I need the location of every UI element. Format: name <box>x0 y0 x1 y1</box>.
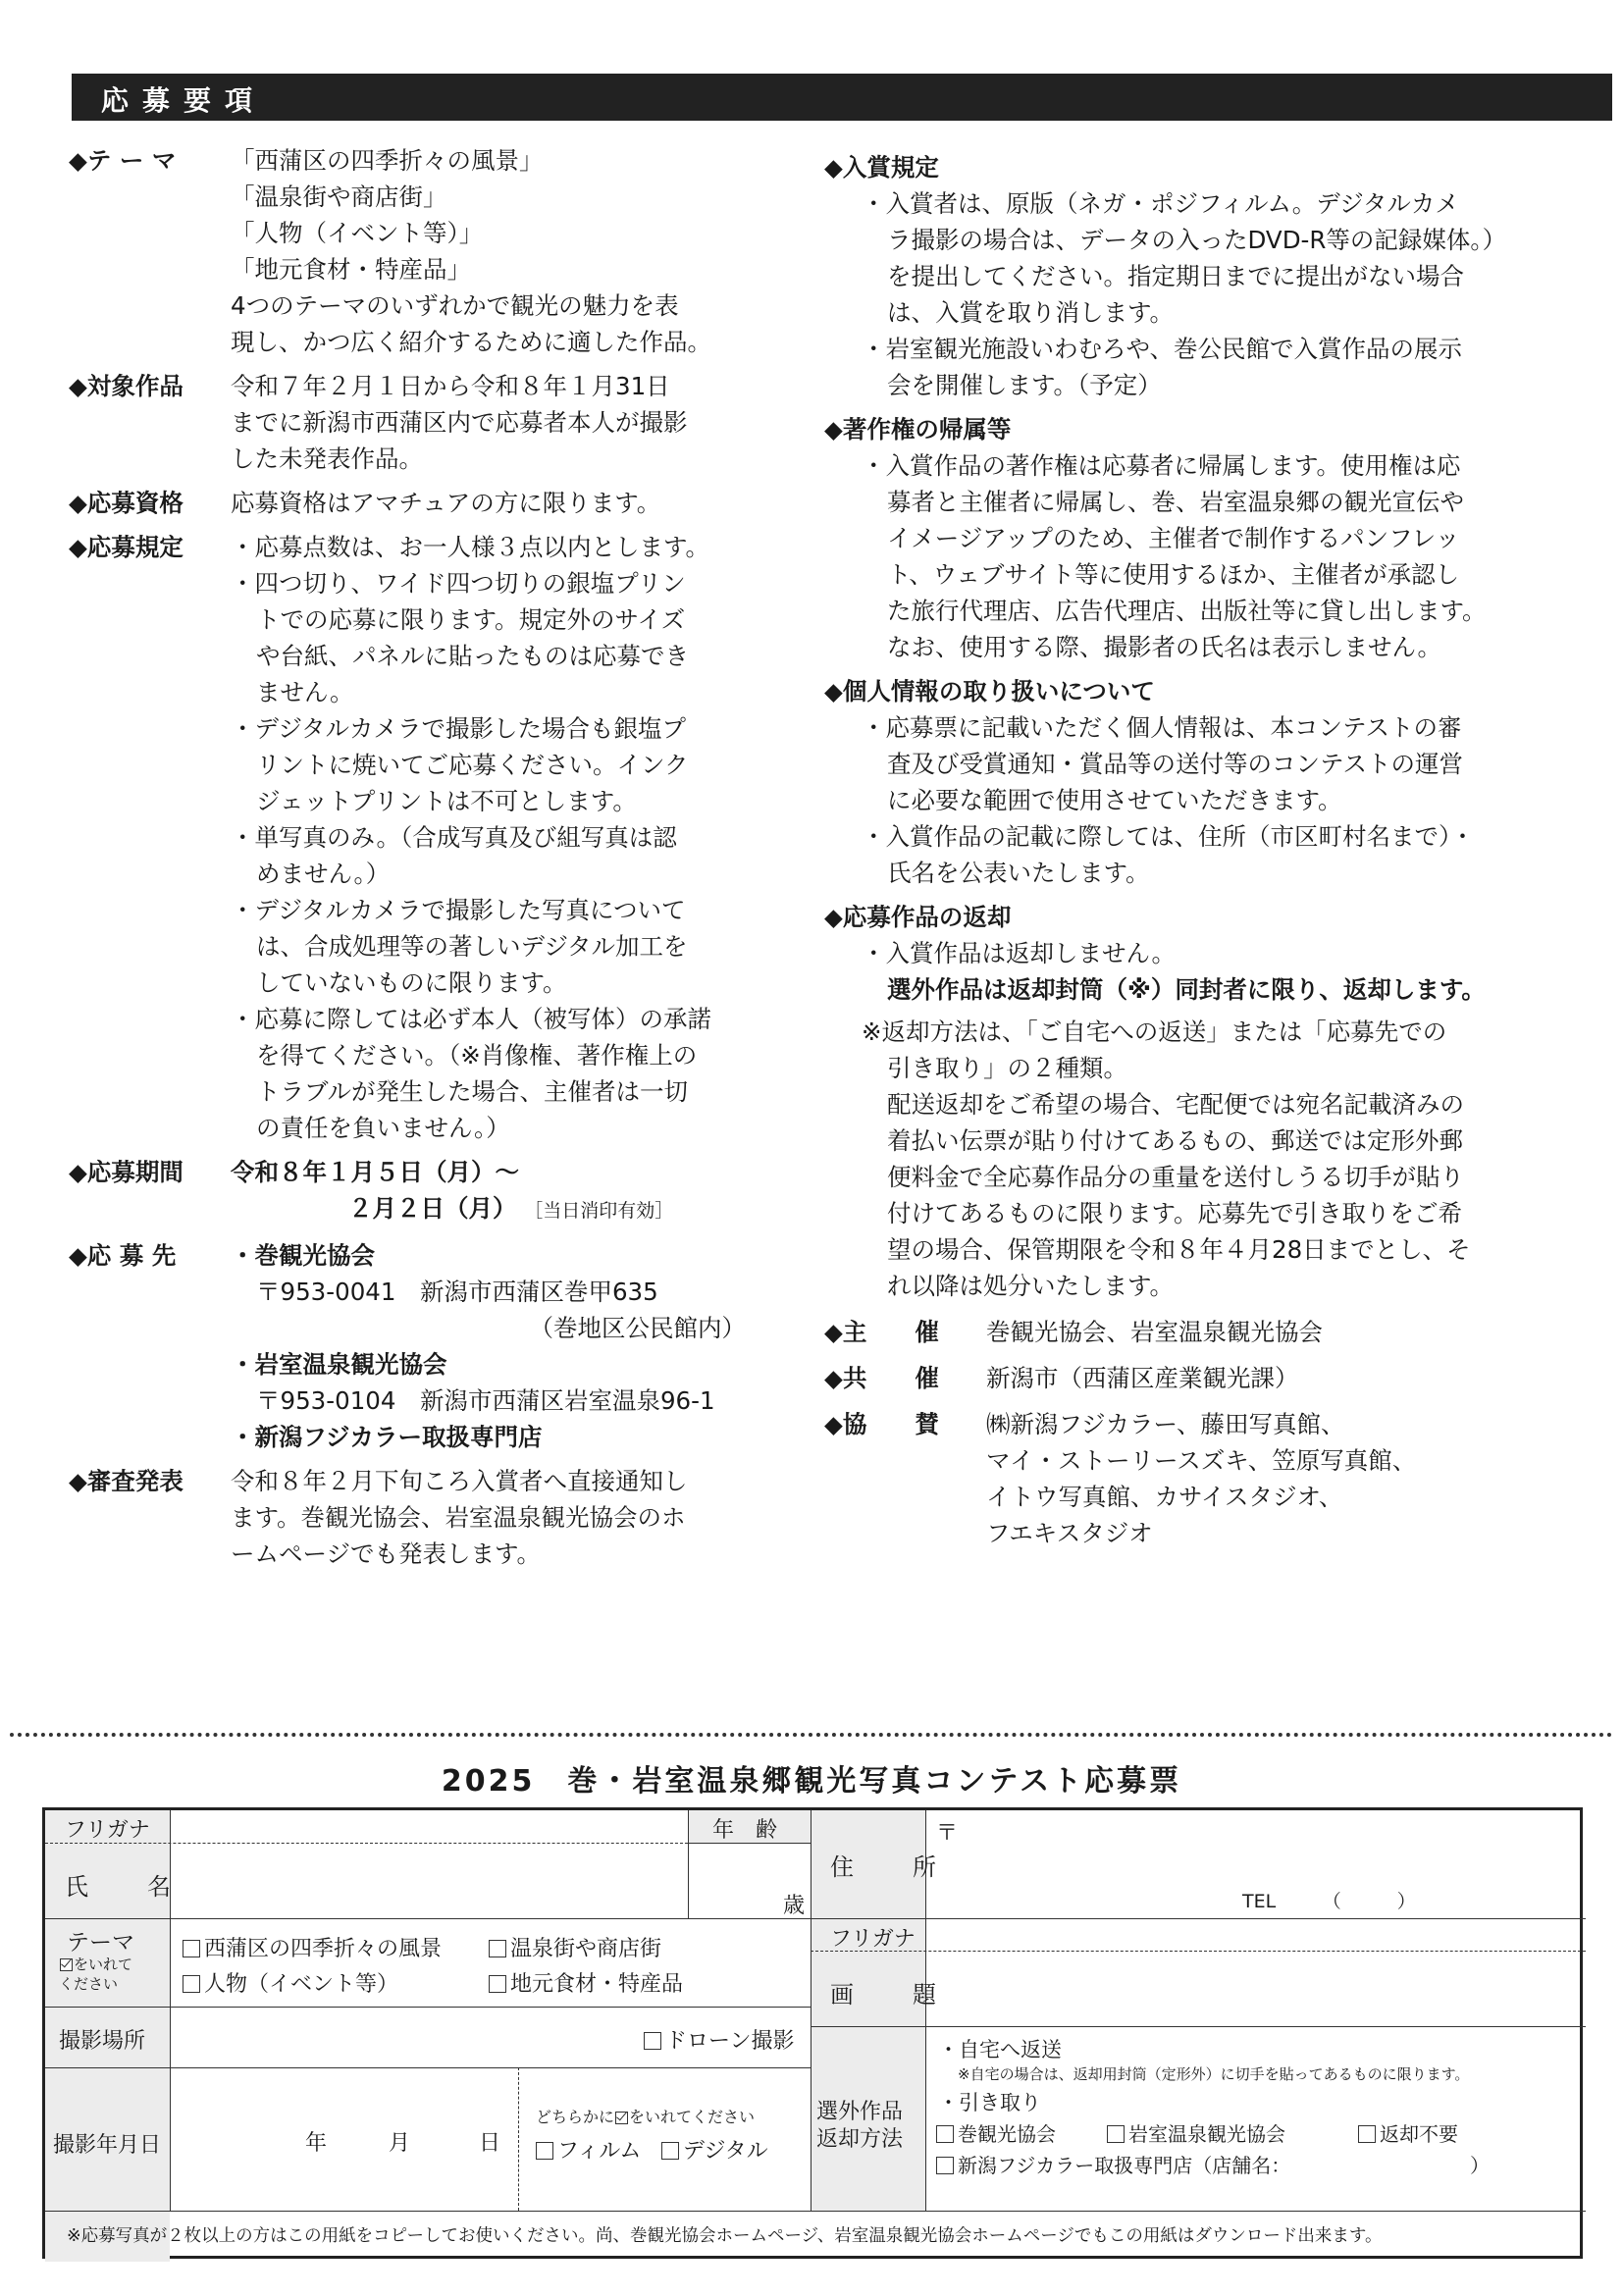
rule-line: トでの応募に限ります。規定外のサイズ <box>231 601 775 638</box>
co-organizer-value: 新潟市（西蒲区産業観光課） <box>986 1360 1299 1396</box>
eligibility-section: ◆応募資格 応募資格はアマチュアの方に限ります。 <box>69 485 775 521</box>
address-label: 住 所 <box>830 1848 940 1882</box>
sponsor-line: イトウ写真館、カサイスタジオ、 <box>986 1479 1416 1515</box>
target-line: した未発表作品。 <box>231 441 775 477</box>
tel-label: TEL （ ） <box>1242 1887 1416 1913</box>
divider <box>45 1918 811 1919</box>
dash-divider <box>518 2067 519 2211</box>
return-note: ※返却方法は、「ご自宅への返送」または「応募先での <box>824 1014 1580 1050</box>
announce-line: ます。巻観光協会、岩室温泉観光協会のホ <box>231 1499 775 1536</box>
theme-hint2: ください <box>59 1973 118 1994</box>
media-option[interactable]: デジタル <box>661 2134 768 2165</box>
rule-line: を得てください。（※肖像権、著作権上の <box>231 1037 775 1073</box>
location-label: 撮影場所 <box>59 2024 145 2055</box>
media-hint: どちらかにをいれてください <box>536 2105 755 2127</box>
copyright-line: なお、使用する際、撮影者の氏名は表示しません。 <box>862 629 1580 665</box>
rules-label: ◆応募規定 <box>69 529 231 1146</box>
checkmark-icon <box>615 2112 628 2124</box>
destination-label: ◆応 募 先 <box>69 1237 231 1455</box>
dash-divider <box>811 1951 1586 1952</box>
rule-line: ・応募に際しては必ず本人（被写体）の承諾 <box>231 1001 775 1037</box>
rule-line: ・デジタルカメラで撮影した写真について <box>231 892 775 928</box>
pickup-fuji-option[interactable]: 新潟フジカラー取扱専門店（店舗名： <box>936 2150 1290 2178</box>
rule-line: ・四つ切り、ワイド四つ切りの銀塩プリン <box>231 565 775 601</box>
entry-form: フリガナ 氏 名 年 齢 歳 住 所 〒 TEL （ ） テーマ をいれて くだ… <box>42 1807 1583 2259</box>
media-option[interactable]: フィルム <box>536 2134 641 2165</box>
sponsor-line: ㈱新潟フジカラー、藤田写真館、 <box>986 1406 1416 1442</box>
drone-option[interactable]: ドローン撮影 <box>644 2024 795 2055</box>
rule-line: ジェットプリントは不可とします。 <box>231 783 775 819</box>
checkbox-icon[interactable] <box>936 2157 954 2174</box>
award-line: ・岩室観光施設いわむろや、巻公民館で入賞作品の展示 <box>862 331 1580 367</box>
destination-address: 〒953-0104 新潟市西蒲区岩室温泉96-1 <box>231 1383 775 1419</box>
return-body: ・入賞作品は返却しません。 選外作品は返却封筒（※）同封者に限り、返却します。 … <box>824 935 1580 1304</box>
award-body: ・入賞者は、原版（ネガ・ポジフィルム。デジタルカメ ラ撮影の場合は、データの入っ… <box>824 185 1580 403</box>
age-unit: 歳 <box>783 1889 805 1919</box>
form-footer-note: ※応募写真が２枚以上の方はこの用紙をコピーしてお使いください。尚、巻観光協会ホー… <box>67 2222 1382 2247</box>
checkbox-icon[interactable] <box>644 2032 661 2050</box>
target-line: までに新潟市西蒲区内で応募者本人が撮影 <box>231 404 775 441</box>
award-line: を提出してください。指定期日までに提出がない場合 <box>862 258 1580 294</box>
return-line-bold: 選外作品は返却封筒（※）同封者に限り、返却します。 <box>824 971 1580 1008</box>
award-line: 会を開催します。（予定） <box>862 367 1580 403</box>
checkbox-icon[interactable] <box>183 1975 200 1993</box>
award-line: ラ撮影の場合は、データの入ったDVD-R等の記録媒体。） <box>862 222 1580 258</box>
organizer-value: 巻観光協会、岩室温泉観光協会 <box>986 1314 1323 1350</box>
title-field[interactable] <box>928 1954 1581 2024</box>
postal-mark: 〒 <box>936 1816 958 1847</box>
eligibility-label: ◆応募資格 <box>69 485 231 521</box>
copyright-line: ・入賞作品の著作権は応募者に帰属します。使用権は応 <box>862 447 1580 484</box>
divider <box>811 2026 1586 2027</box>
rule-item: ・四つ切り、ワイド四つ切りの銀塩プリン トでの応募に限ります。規定外のサイズ や… <box>231 565 775 710</box>
theme-option[interactable]: 温泉街や商店街 <box>489 1932 661 1962</box>
checkbox-icon[interactable] <box>661 2142 679 2160</box>
right-column: ◆入賞規定 ・入賞者は、原版（ネガ・ポジフィルム。デジタルカメ ラ撮影の場合は、… <box>824 145 1580 1561</box>
rule-item: ・デジタルカメラで撮影した写真について は、合成処理等の著しいデジタル加工を し… <box>231 892 775 1001</box>
return-line: ・入賞作品は返却しません。 <box>824 935 1580 971</box>
checkbox-icon[interactable] <box>936 2125 954 2143</box>
sponsors-row: ◆協 賛 ㈱新潟フジカラー、藤田写真館、 マイ・ストーリースズキ、笠原写真館、 … <box>824 1406 1580 1551</box>
privacy-line: に必要な範囲で使用させていただきます。 <box>862 782 1580 818</box>
sponsors-label: ◆協 賛 <box>824 1406 986 1551</box>
destination-address-note: （巻地区公民館内） <box>231 1310 775 1346</box>
return-note: 引き取り」の２種類。 <box>824 1050 1580 1086</box>
privacy-line: ・応募票に記載いただく個人情報は、本コンテストの審 <box>862 709 1580 746</box>
privacy-heading: ◆個人情報の取り扱いについて <box>824 673 1580 709</box>
sponsor-line: フエキスタジオ <box>986 1515 1416 1551</box>
theme-option[interactable]: 人物（イベント等） <box>183 1967 398 1998</box>
title-furigana-field[interactable] <box>928 1920 1581 1950</box>
target-label: ◆対象作品 <box>69 368 231 477</box>
co-organizer-row: ◆共 催 新潟市（西蒲区産業観光課） <box>824 1360 1580 1396</box>
co-organizer-label: ◆共 催 <box>824 1360 986 1396</box>
rule-line: や台紙、パネルに貼ったものは応募でき <box>231 638 775 674</box>
copyright-line: イメージアップのため、主催者で制作するパンフレッ <box>862 520 1580 556</box>
checkbox-icon[interactable] <box>183 1940 200 1957</box>
theme-line: 「温泉街や商店街」 <box>231 179 775 215</box>
name-label: 氏 名 <box>65 1867 175 1902</box>
announce-label: ◆審査発表 <box>69 1463 231 1572</box>
rule-line: ・単写真のみ。（合成写真及び組写真は認 <box>231 819 775 856</box>
return-note: 着払い伝票が貼り付けてあるもの、郵送では定形外郵 <box>824 1122 1580 1159</box>
rule-item: ・デジタルカメラで撮影した場合も銀塩プ リントに焼いてご応募ください。インク ジ… <box>231 710 775 819</box>
organizer-label: ◆主 催 <box>824 1314 986 1350</box>
cut-line <box>10 1733 1613 1737</box>
date-day: 日 <box>479 2126 500 2157</box>
checkbox-icon[interactable] <box>1107 2125 1125 2143</box>
title-label: 画 題 <box>830 1975 940 2009</box>
rules-section: ◆応募規定 ・応募点数は、お一人様３点以内とします。 ・四つ切り、ワイド四つ切り… <box>69 529 775 1146</box>
return-home: ・自宅へ返送 <box>938 2034 1062 2063</box>
privacy-line: 査及び受賞通知・賞品等の送付等のコンテストの運営 <box>862 746 1580 782</box>
pickup-option[interactable]: 岩室温泉観光協会 <box>1107 2118 1285 2147</box>
award-heading: ◆入賞規定 <box>824 149 1580 185</box>
target-section: ◆対象作品 令和７年２月１日から令和８年１月31日 までに新潟市西蒲区内で応募者… <box>69 368 775 477</box>
divider <box>811 1918 1586 1919</box>
rule-line: していないものに限ります。 <box>231 965 775 1001</box>
return-note: 便料金で全応募作品分の重量を送付しうる切手が貼り <box>824 1159 1580 1195</box>
section-header: 応募要項 <box>72 74 1612 121</box>
period-note: ［当日消印有効］ <box>524 1200 673 1222</box>
theme-label: ◆テ ー マ <box>69 142 231 360</box>
date-field[interactable] <box>173 2070 516 2208</box>
copyright-heading: ◆著作権の帰属等 <box>824 411 1580 447</box>
privacy-line: ・入賞作品の記載に際しては、住所（市区町村名まで）・ <box>862 818 1580 855</box>
form-title: 2025 巻・岩室温泉郷観光写真コンテスト応募票 <box>0 1756 1623 1800</box>
theme-line: 「地元食材・特産品」 <box>231 251 775 287</box>
theme-line: 「西蒲区の四季折々の風景」 <box>231 142 775 179</box>
period-end: ２月２日（月） <box>348 1194 517 1223</box>
rule-line: の責任を負いません。） <box>231 1110 775 1146</box>
theme-form-label: テーマ <box>67 1924 134 1957</box>
return-heading: ◆応募作品の返却 <box>824 899 1580 935</box>
checkmark-icon <box>60 1958 73 1971</box>
checkbox-icon[interactable] <box>489 1940 506 1957</box>
title-furigana-label: フリガナ <box>830 1922 916 1953</box>
store-name-field[interactable] <box>1282 2150 1458 2175</box>
theme-option[interactable]: 西蒲区の四季折々の風景 <box>183 1932 442 1962</box>
return-home-note: ※自宅の場合は、返却用封筒（定形外）に切手を貼ってあるものに限ります。 <box>958 2063 1469 2084</box>
rule-line: トラブルが発生した場合、主催者は一切 <box>231 1073 775 1110</box>
period-start: 令和８年１月５日（月）～ <box>231 1154 775 1190</box>
name-field[interactable] <box>173 1846 685 1916</box>
return-note: 望の場合、保管期限を令和８年４月28日までとし、そ <box>824 1231 1580 1268</box>
checkbox-icon[interactable] <box>489 1975 506 1993</box>
rule-line: リントに焼いてご応募ください。インク <box>231 747 775 783</box>
rule-line: ません。 <box>231 674 775 710</box>
date-month: 月 <box>389 2126 410 2157</box>
return-method-label2: 返却方法 <box>816 2122 903 2153</box>
copyright-line: ト、ウェブサイト等に使用するほか、主催者が承認し <box>862 556 1580 593</box>
left-column: ◆テ ー マ 「西蒲区の四季折々の風景」 「温泉街や商店街」 「人物（イベント等… <box>69 142 775 1580</box>
copyright-body: ・入賞作品の著作権は応募者に帰属します。使用権は応 募者と主催者に帰属し、巻、岩… <box>824 447 1580 665</box>
theme-line: 「人物（イベント等）」 <box>231 215 775 251</box>
destination-org: ・新潟フジカラー取扱専門店 <box>231 1419 775 1455</box>
sponsor-line: マイ・ストーリースズキ、笠原写真館、 <box>986 1442 1416 1479</box>
return-note: 付けてあるものに限ります。応募先で引き取りをご希 <box>824 1195 1580 1231</box>
date-label: 撮影年月日 <box>53 2128 161 2159</box>
rule-item: ・単写真のみ。（合成写真及び組写真は認 めません。） <box>231 819 775 892</box>
rule-line: は、合成処理等の著しいデジタル加工を <box>231 928 775 965</box>
destination-section: ◆応 募 先 ・巻観光協会 〒953-0041 新潟市西蒲区巻甲635 （巻地区… <box>69 1237 775 1455</box>
return-note: 配送返却をご希望の場合、宅配便では宛名記載済みの <box>824 1086 1580 1122</box>
announce-line: ームページでも発表します。 <box>231 1536 775 1572</box>
period-label: ◆応募期間 <box>69 1154 231 1229</box>
rule-line: めません。） <box>231 856 775 892</box>
privacy-line: 氏名を公表いたします。 <box>862 855 1580 891</box>
return-pickup: ・引き取り <box>938 2087 1041 2116</box>
target-line: 令和７年２月１日から令和８年１月31日 <box>231 368 775 404</box>
divider <box>688 1810 689 1918</box>
copyright-line: 募者と主催者に帰属し、巻、岩室温泉郷の観光宣伝や <box>862 484 1580 520</box>
eligibility-line: 応募資格はアマチュアの方に限ります。 <box>231 485 775 521</box>
divider <box>45 2067 811 2068</box>
date-year: 年 <box>305 2126 327 2157</box>
pickup-option[interactable]: 返却不要 <box>1358 2118 1458 2147</box>
rule-line: ・デジタルカメラで撮影した場合も銀塩プ <box>231 710 775 747</box>
checkbox-icon[interactable] <box>536 2142 553 2160</box>
destination-org: ・巻観光協会 <box>231 1237 775 1274</box>
copyright-line: た旅行代理店、広告代理店、出版社等に貸し出します。 <box>862 593 1580 629</box>
checkbox-icon[interactable] <box>1358 2125 1376 2143</box>
divider <box>45 2211 1586 2212</box>
announce-line: 令和８年２月下旬ころ入賞者へ直接通知し <box>231 1463 775 1499</box>
destination-address: 〒953-0041 新潟市西蒲区巻甲635 <box>231 1274 775 1310</box>
pickup-fuji-close: ） <box>1470 2150 1490 2178</box>
period-section: ◆応募期間 令和８年１月５日（月）～ ２月２日（月） ［当日消印有効］ <box>69 1154 775 1229</box>
organizer-row: ◆主 催 巻観光協会、岩室温泉観光協会 <box>824 1314 1580 1350</box>
divider <box>811 1810 811 2211</box>
age-label: 年 齢 <box>712 1813 777 1844</box>
rule-item: ・応募に際しては必ず本人（被写体）の承諾 を得てください。（※肖像権、著作権上の… <box>231 1001 775 1146</box>
award-line: は、入賞を取り消します。 <box>862 294 1580 331</box>
furigana-field[interactable] <box>173 1812 685 1842</box>
award-line: ・入賞者は、原版（ネガ・ポジフィルム。デジタルカメ <box>862 185 1580 222</box>
rule-item: ・応募点数は、お一人様３点以内とします。 <box>231 529 775 565</box>
divider <box>45 2007 811 2008</box>
section-title: 応募要項 <box>101 79 266 119</box>
furigana-label: フリガナ <box>65 1813 150 1844</box>
theme-section: ◆テ ー マ 「西蒲区の四季折々の風景」 「温泉街や商店街」 「人物（イベント等… <box>69 142 775 360</box>
pickup-option[interactable]: 巻観光協会 <box>936 2118 1056 2147</box>
privacy-body: ・応募票に記載いただく個人情報は、本コンテストの審 査及び受賞通知・賞品等の送付… <box>824 709 1580 891</box>
theme-option[interactable]: 地元食材・特産品 <box>489 1967 683 1998</box>
location-field[interactable] <box>173 2009 634 2064</box>
announce-section: ◆審査発表 令和８年２月下旬ころ入賞者へ直接通知し ます。巻観光協会、岩室温泉観… <box>69 1463 775 1572</box>
return-note: れ以降は処分いたします。 <box>824 1268 1580 1304</box>
rule-line: ・応募点数は、お一人様３点以内とします。 <box>231 529 775 565</box>
theme-line: 4つのテーマのいずれかで観光の魅力を表 <box>231 287 775 324</box>
theme-line: 現し、かつ広く紹介するために適した作品。 <box>231 324 775 360</box>
return-method-label: 選外作品 <box>816 2095 903 2125</box>
theme-hint: をいれて <box>59 1954 132 1974</box>
destination-org: ・岩室温泉観光協会 <box>231 1346 775 1383</box>
